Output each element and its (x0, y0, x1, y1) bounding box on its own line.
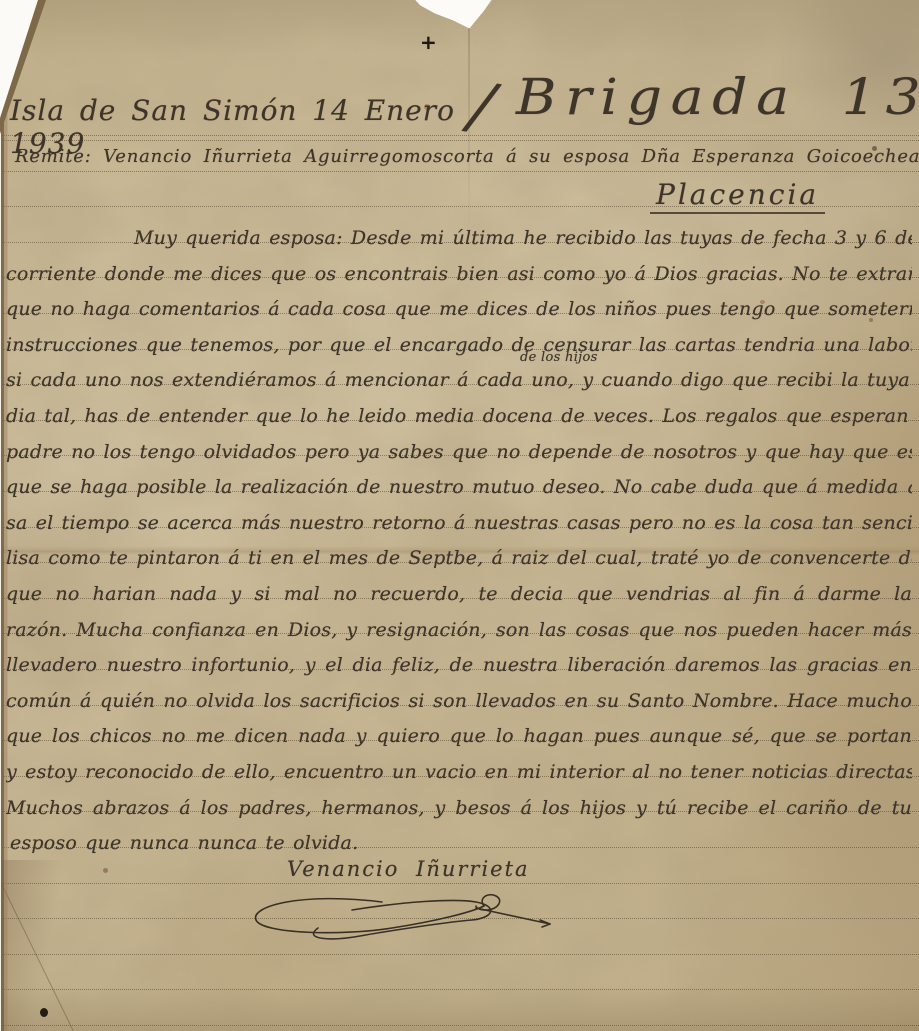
letter-line: que no haga comentarios á cada cosa que … (6, 292, 912, 328)
letter-line: razón. Mucha confianza en Dios, y resign… (6, 613, 912, 649)
interlinear-note: de los hijos (520, 350, 598, 365)
brigade-label: Brigada 13 (516, 68, 919, 126)
letter-body: Muy querida esposa: Desde mi última he r… (6, 221, 912, 862)
letter-line: padre no los tengo olvidados pero ya sab… (6, 435, 912, 471)
letter-line: instrucciones que tenemos, por que el en… (6, 328, 912, 364)
letter-line: dia tal, has de entender que lo he leido… (6, 399, 912, 435)
letter-line: que no harian nada y si mal no recuerdo,… (6, 577, 912, 613)
letter-line: llevadero nuestro infortunio, y el dia f… (6, 648, 912, 684)
letter-line: Muchos abrazos á los padres, hermanos, y… (6, 791, 912, 827)
sender-line: Remite: Venancio Iñurrieta Aguirregomosc… (15, 146, 790, 167)
letter-line: común á quién no olvida los sacrificios … (6, 684, 912, 720)
letter-line: lisa como te pintaron á ti en el mes de … (6, 541, 912, 577)
cross-mark: + (420, 30, 437, 54)
letter-scan: + Isla de San Simón 14 Enero 1939 / Brig… (0, 0, 919, 1031)
letter-line: que se haga posible la realización de nu… (6, 470, 912, 506)
destination-label: Placencia (650, 178, 825, 214)
letter-line: corriente donde me dices que os encontra… (6, 257, 912, 293)
ink-blot (40, 1008, 48, 1017)
letter-line: que los chicos no me dicen nada y quiero… (6, 719, 912, 755)
letter-line: si cada uno nos extendiéramos á menciona… (6, 363, 912, 399)
letter-line: Muy querida esposa: Desde mi última he r… (6, 221, 912, 257)
signature-name: Venancio Iñurrieta (287, 857, 530, 881)
paper-speck (103, 868, 108, 873)
letter-line: sa el tiempo se acerca más nuestro retor… (6, 506, 912, 542)
signature-flourish (232, 884, 562, 944)
letter-line: y estoy reconocido de ello, encuentro un… (6, 755, 912, 791)
